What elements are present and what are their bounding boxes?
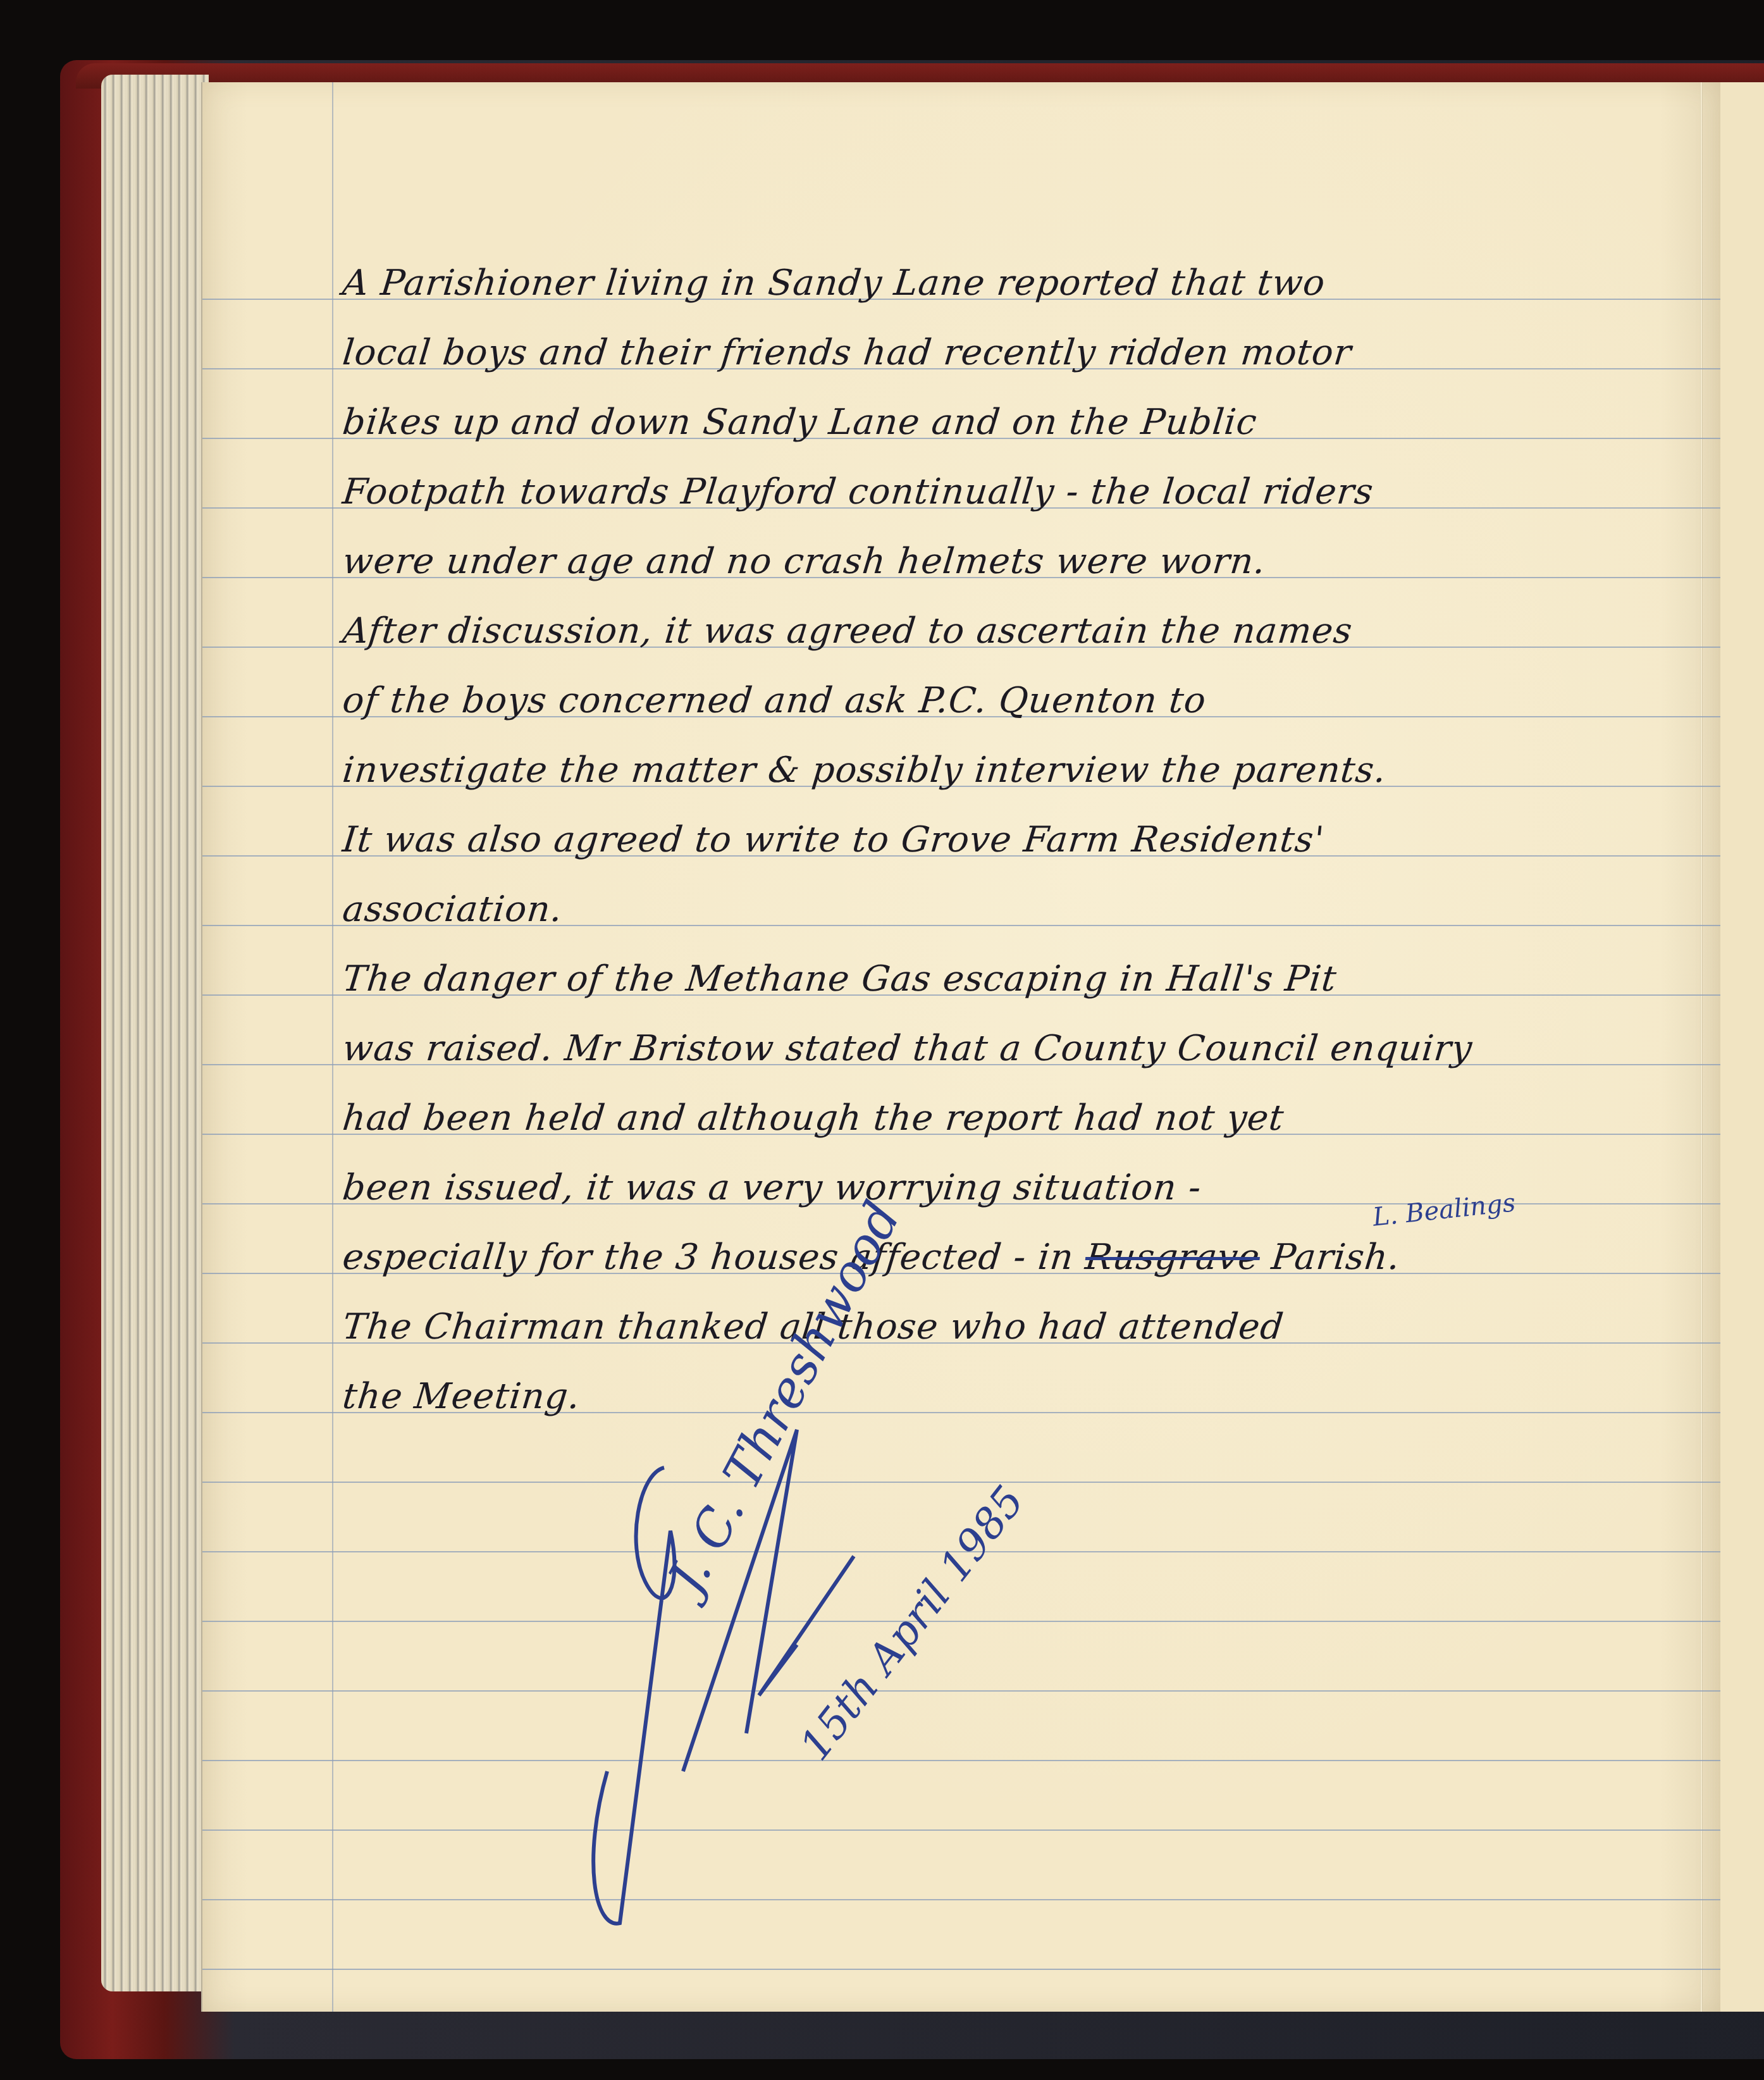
text-line-12: was raised. Mr Bristow stated that a Cou… [341,1031,1474,1067]
text-line-14: been issued, it was a very worrying situ… [341,1170,1203,1206]
text-line-11: The danger of the Methane Gas escaping i… [341,962,1338,997]
line-15-prefix: especially for the 3 houses affected - i… [341,1237,1076,1278]
text-line-8: investigate the matter & possibly interv… [341,753,1388,788]
text-line-3: bikes up and down Sandy Lane and on the … [341,405,1259,440]
text-line-4: Footpath towards Playford continually - … [341,474,1375,510]
page-edges-stack [101,75,209,1991]
text-line-9: It was also agreed to write to Grove Far… [341,822,1326,858]
struck-out-word: Rusgrave [1083,1237,1262,1278]
signature-block: J. C. Threshwood 15th April 1985 [557,1379,1126,1980]
margin-line [332,82,333,2012]
text-line-2: local boys and their friends had recentl… [341,335,1354,371]
text-line-1: A Parishioner living in Sandy Lane repor… [341,266,1327,301]
text-line-17: the Meeting. [341,1379,582,1415]
text-line-5: were under age and no crash helmets were… [341,544,1267,579]
inserted-correction: L. Bealings [1371,1188,1517,1232]
page-fold [1700,82,1703,2012]
text-line-13: had been held and although the report ha… [341,1101,1286,1136]
line-15-suffix: Parish. [1269,1237,1402,1278]
text-line-10: association. [341,892,564,927]
text-line-7: of the boys concerned and ask P.C. Quent… [341,683,1208,719]
ledger-page: A Parishioner living in Sandy Lane repor… [201,82,1720,2012]
text-line-6: After discussion, it was agreed to ascer… [341,614,1354,649]
